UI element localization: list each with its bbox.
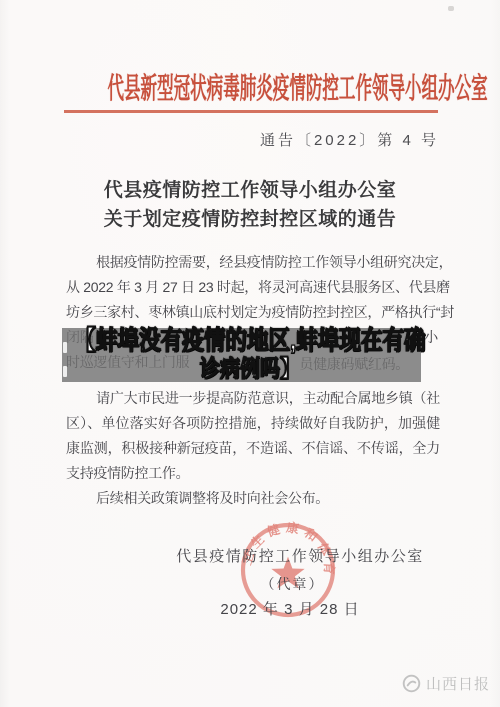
notice-title: 代县疫情防控工作领导小组办公室 关于划定疫情防控封控区域的通告 — [0, 176, 500, 234]
signature-seal-note: （代章） — [100, 574, 485, 594]
notice-title-line1: 代县疫情防控工作领导小组办公室 — [0, 176, 500, 205]
signature-office: 代县疫情防控工作领导小组办公室 — [100, 545, 500, 566]
paragraph-2: 请广大市民进一步提高防范意识，主动配合属地乡镇（社区）、单位落实好各项防控措施，… — [66, 386, 440, 486]
document-number: 通告〔2022〕第 4 号 — [260, 129, 439, 150]
paragraph-3: 后续相关政策调整将及时向社会公布。 — [66, 486, 440, 511]
scan-artifact — [448, 6, 454, 11]
signature-date: 2022 年 3 月 28 日 — [100, 598, 480, 619]
letterhead-title: 代县新型冠状病毒肺炎疫情防控工作领导小组办公室 — [108, 66, 393, 107]
document-photo: 代县新型冠状病毒肺炎疫情防控工作领导小组办公室 通告〔2022〕第 4 号 代县… — [0, 0, 500, 707]
paragraph-1-line3: 坊乡三家村、枣林镇山底村划定为疫情防控封控区，严格执行“封 — [66, 300, 440, 325]
shanxi-daily-logo-icon — [402, 674, 421, 693]
watermark-label: 山西日报 — [426, 673, 490, 694]
notice-title-line2: 关于划定疫情防控封控区域的通告 — [0, 205, 500, 234]
video-subtitle: 【蚌埠没有疫情的地区,蚌埠现在有确 诊病例吗】 — [0, 326, 500, 381]
paragraph-1-line2: 从 2022 年 3 月 27 日 23 时起，将灵河高速代县服务区、代县磨 — [66, 275, 440, 300]
subtitle-line1: 【蚌埠没有疫情的地区,蚌埠现在有确 — [43, 326, 458, 355]
subtitle-line2: 诊病例吗】 — [33, 355, 468, 381]
watermark: 山西日报 — [402, 673, 490, 694]
paragraph-1-line1: 根据疫情防控需要，经县疫情防控工作领导小组研究决定， — [66, 250, 440, 275]
letterhead-divider — [64, 110, 438, 113]
